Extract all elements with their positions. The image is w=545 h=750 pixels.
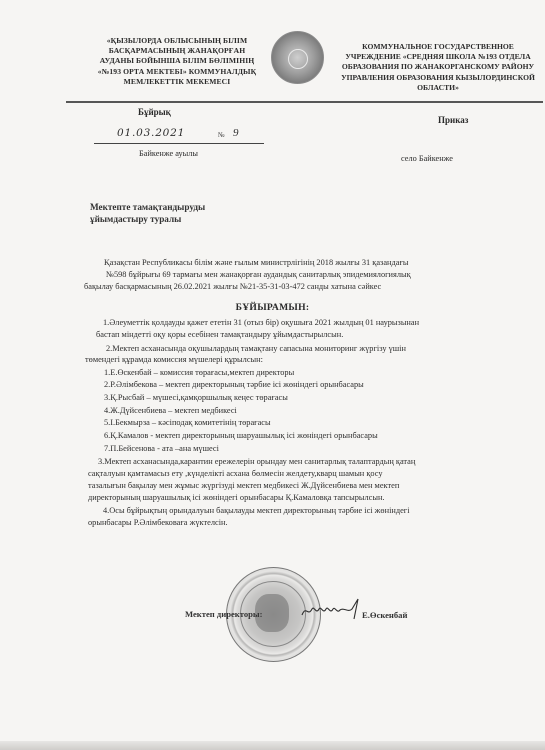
intro-line-3: бақылау басқармасының 26.02.2021 жылғы №… xyxy=(84,282,381,291)
member-item: 2.Р.Әлімбекова – мектеп директорының тәр… xyxy=(104,380,364,389)
doc-type-kz: Бұйрық xyxy=(138,107,171,117)
p3-line-4: директорының шаруашылық ісі жөніндегі ор… xyxy=(88,493,385,502)
doc-number-label: № xyxy=(218,131,225,139)
p2-line-2: төмендегі құрамда комиссия мүшелері құры… xyxy=(85,355,263,364)
place-kz: Байкенже ауылы xyxy=(139,149,198,158)
p4-line-1: 4.Осы бұйрықтың орындалуын бақылауды мек… xyxy=(103,506,410,515)
state-emblem-icon xyxy=(271,31,324,84)
header-org-ru: КОММУНАЛЬНОЕ ГОСУДАРСТВЕННОЕ УЧРЕЖДЕНИЕ … xyxy=(338,42,538,93)
p3-line-2: сақталуын қамтамасыз ету ,күнделікті асх… xyxy=(88,469,383,478)
p1-line-1: 1.Әлеуметтік қолдауды қажет ететін 31 (о… xyxy=(103,318,419,327)
header-org-kz: «ҚЫЗЫЛОРДА ОБЛЫСЫНЫҢ БІЛІМ БАСҚАРМАСЫНЫҢ… xyxy=(92,36,262,87)
subject-line-1: Мектепте тамақтандыруды xyxy=(90,201,205,213)
member-item: 4.Ж.Дүйсенбиева – мектеп медбикесі xyxy=(104,406,237,415)
p4-line-2: орынбасары Р.Әлімбековаға жүктелсін. xyxy=(88,518,228,527)
doc-subject: Мектепте тамақтандыруды ұйымдастыру тура… xyxy=(90,201,205,225)
signatory-name: Е.Өскенбай xyxy=(362,610,407,620)
scan-edge xyxy=(0,741,545,750)
handwritten-signature-icon xyxy=(300,597,360,621)
p2-line-1: 2.Мектеп асханасында оқушылардың тамақта… xyxy=(106,344,406,353)
p3-line-3: тазалығын бақылау мен жұмыс жүргізуді ме… xyxy=(88,481,399,490)
signatory-title: Мектеп директоры: xyxy=(185,609,263,619)
place-ru: село Байкенже xyxy=(401,154,453,163)
intro-line-1: Қазақстан Республикасы білім және ғылым … xyxy=(104,258,409,267)
doc-date: 01.03.2021 xyxy=(117,127,185,139)
intro-line-2: №598 бұйрығы 69 тармағы мен жанақорған а… xyxy=(106,270,411,279)
document-page: «ҚЫЗЫЛОРДА ОБЛЫСЫНЫҢ БІЛІМ БАСҚАРМАСЫНЫҢ… xyxy=(0,0,545,750)
doc-type-ru: Приказ xyxy=(438,115,468,125)
member-item: 3.Қ.Рысбай – мүшесі,қамқоршылық кеңес тө… xyxy=(104,393,288,402)
member-item: 1.Е.Өскенбай – комиссия төрағасы,мектеп … xyxy=(104,368,294,377)
member-item: 5.І.Бекмырза – кәсіподақ комитетінің төр… xyxy=(104,418,271,427)
header-divider xyxy=(66,101,543,103)
member-item: 7.П.Бейсенова - ата –ана мүшесі xyxy=(104,444,219,453)
order-heading: БҰЙЫРАМЫН: xyxy=(0,302,545,313)
subject-line-2: ұйымдастыру туралы xyxy=(90,213,205,225)
member-item: 6.Қ.Камалов - мектеп директорының шаруаш… xyxy=(104,431,378,440)
p3-line-1: 3.Мектеп асханасында,карантин ережелерін… xyxy=(98,457,415,466)
doc-number: 9 xyxy=(233,127,239,139)
p1-line-2: бастап міндетті оқу қоры есебінен тамақт… xyxy=(96,330,343,339)
